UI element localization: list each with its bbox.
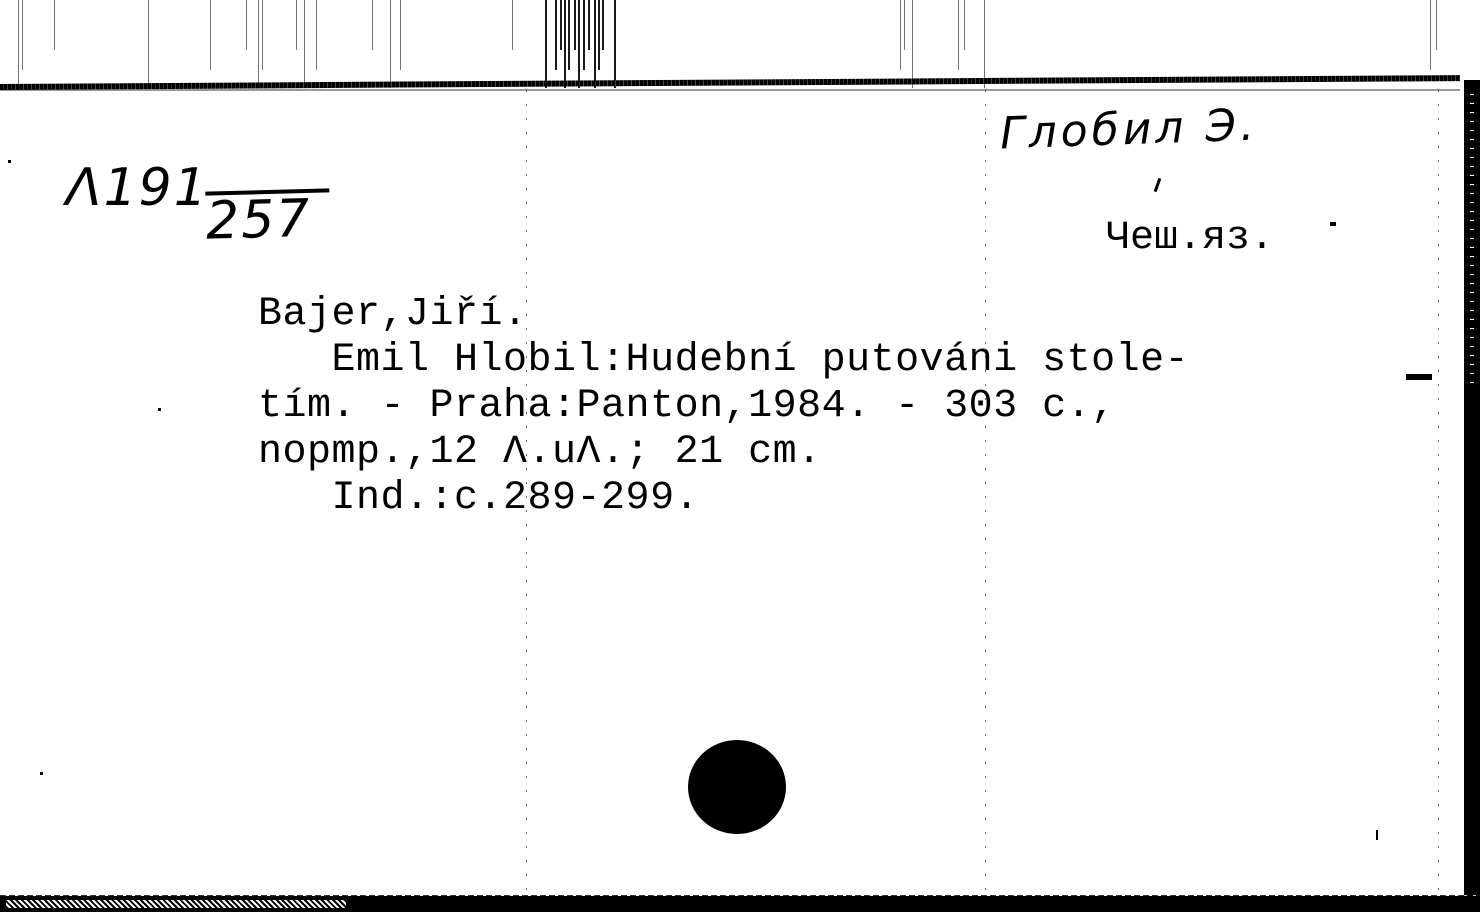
entry-line: nopmp.,12 Λ.uΛ.; 21 cm.	[258, 430, 1189, 476]
card-edge-line	[578, 0, 580, 88]
card-edge-line	[512, 0, 513, 50]
card-edge-line	[545, 0, 547, 88]
card-edge-line	[316, 0, 317, 70]
scan-speck	[8, 160, 11, 163]
card-edge-line	[568, 0, 570, 70]
scan-artifact-line	[1438, 90, 1439, 890]
entry-line: Ind.:c.289-299.	[258, 476, 1189, 522]
card-edge-line	[390, 0, 391, 88]
card-edge-line	[574, 0, 576, 50]
card-edge-line	[900, 0, 901, 70]
card-edge-line	[372, 0, 373, 50]
card-edge-line	[304, 0, 305, 88]
scan-speck	[1376, 830, 1378, 840]
handwritten-heading: Глобил Э.	[999, 100, 1259, 160]
card-edge-line	[583, 0, 585, 70]
card-edge-line	[54, 0, 55, 50]
entry-line: Bajer,Jiří.	[258, 292, 1189, 338]
card-edge-line	[555, 0, 557, 70]
language-label: Чеш.яз.	[1106, 216, 1274, 261]
card-edge-line	[594, 0, 596, 88]
card-edge-line	[614, 0, 616, 88]
card-edge-line	[904, 0, 905, 50]
card-edge-line	[912, 0, 913, 88]
call-number-shelf: Λ191	[66, 162, 209, 214]
card-edge-line	[210, 0, 211, 70]
card-edge-line	[1430, 0, 1431, 70]
card-bottom-edge-pattern	[6, 900, 346, 908]
card-edge-line	[246, 0, 247, 50]
card-edge-line	[958, 0, 959, 70]
entry-line: tím. - Praha:Panton,1984. - 303 c.,	[258, 384, 1189, 430]
card-edge-line	[964, 0, 965, 50]
card-edge-line	[598, 0, 600, 70]
scan-speck	[1154, 178, 1162, 192]
bibliographic-entry: Bajer,Jiří. Emil Hlobil:Hudební putováni…	[258, 292, 1189, 522]
card-edge-line	[1436, 0, 1437, 50]
card-edge-line	[588, 0, 590, 50]
card-edge-line	[296, 0, 297, 50]
scan-speck	[1330, 222, 1336, 226]
punch-hole	[688, 740, 786, 834]
card-edge-line	[564, 0, 566, 88]
scan-speck	[1406, 374, 1432, 380]
card-edge-line	[560, 0, 562, 50]
call-number-cutter: 257	[205, 188, 330, 247]
card-edge-line	[258, 0, 259, 88]
scan-speck	[158, 408, 161, 411]
card-right-edge-texture	[1470, 90, 1474, 390]
card-edge-line	[400, 0, 401, 70]
card-top-edge-shadow	[0, 89, 1460, 91]
card-edge-line	[984, 0, 985, 88]
card-edge-line	[22, 0, 23, 70]
scanned-top-strip	[0, 0, 1480, 88]
scan-speck	[40, 772, 43, 775]
card-edge-line	[148, 0, 149, 88]
card-edge-line	[602, 0, 604, 50]
card-edge-line	[18, 0, 19, 88]
card-edge-line	[262, 0, 263, 70]
entry-line: Emil Hlobil:Hudební putováni stole-	[258, 338, 1189, 384]
